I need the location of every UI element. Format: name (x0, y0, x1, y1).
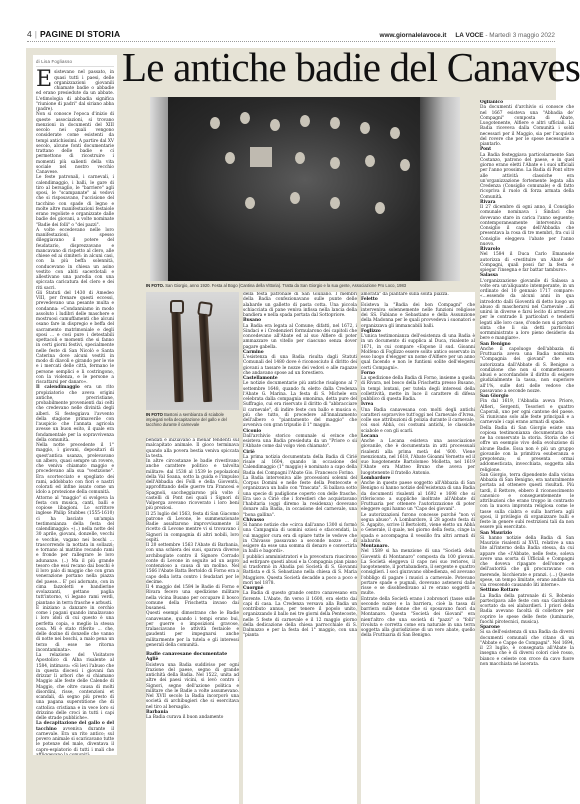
masthead-divider: | (35, 29, 37, 39)
paragraph: Il calendimaggio era un rito propiziator… (36, 385, 114, 443)
paragraph: La Badia della patronale di S. Bobenio p… (480, 594, 574, 626)
paragraph: La Badia di questo grande centro canaves… (243, 591, 357, 638)
website-link[interactable]: www.giornalelavoce.it (380, 32, 447, 39)
newspaper-name: LA VOCE (455, 32, 483, 39)
paragraph: La Badia curava il buon andamento (146, 715, 239, 720)
paragraph: Il 4 maggio del 1584 le Badie di Forno e… (146, 585, 239, 611)
masthead-paper-date: LA VOCE - Martedì 3 maggio 2022 (455, 32, 555, 39)
paragraph: I pubblici amministratori e la prevostur… (243, 555, 357, 587)
paragraph: Le feste patronali, i carnevali, i calen… (36, 175, 114, 228)
paragraph: Nel 1589 si ha menzione di una "Società … (361, 549, 475, 596)
intro-paragraph: Esistevano nel passato, in quasi tutti i… (36, 70, 114, 112)
subsection-title: Badie canavesane documentate (146, 652, 239, 657)
paragraph: La Badia festeggiava particolarmente San… (480, 153, 574, 200)
paragraph: Il 20 settembre 1563 l'Abate di Barbania… (146, 543, 239, 585)
paragraph: Si hanno notizie che «circa dall'anno 13… (243, 523, 357, 555)
paragraph: In altre circostanze le badie rivestivan… (146, 459, 239, 512)
paragraph: La Badia era legata al Comune; difatti, … (243, 324, 357, 350)
paragraph: L'organizzazione giovanile di Salassa a … (480, 279, 574, 342)
paragraph: Si hanno notizie della Badia di San Maur… (480, 536, 574, 589)
article-headline: Le antiche badie del Canavese (122, 48, 548, 86)
paragraph: L'unica testimonianza dell'esistenza di … (361, 334, 475, 371)
paragraph: Il 25 luglio del 1563, festa di San Giac… (146, 512, 239, 544)
article-column-5: Oglianico Da documenti d'archivio si con… (480, 100, 574, 804)
photo-face (365, 155, 375, 167)
photo-face (375, 202, 385, 214)
paragraph: Nella notte precedente il 1° maggio, i g… (36, 443, 114, 496)
photo-wall-detail (420, 97, 460, 281)
bold-term: Il calendimaggio (36, 385, 80, 390)
main-photo-group-portrait (150, 97, 460, 281)
paragraph: La spedizione della Badia di Forno, insi… (361, 376, 475, 402)
date-separator: - (485, 32, 487, 39)
paragraph: Dall'archivio storico comunale si evince… (243, 434, 357, 450)
photo-face (240, 112, 250, 124)
paragraph: San Giorgio, terra dipendente dalla vici… (480, 473, 574, 531)
wooden-stick (171, 312, 183, 402)
photo-face (210, 117, 220, 129)
article-column-4: amorata" da piantare sulla solita piazza… (361, 292, 475, 804)
masthead-right: www.giornalelavoce.it LA VOCE - Martedì … (380, 32, 556, 39)
paragraph: Gli Statuti del 1430 di Amedeo VIII, per… (36, 291, 114, 386)
paragraph: bendati e iniziavano a menar fendenti su… (146, 438, 239, 459)
paragraph: Le notizie documentarie più antiche risa… (243, 381, 357, 428)
paragraph: Esisteva la "Badia dei bon Compagni" che… (361, 303, 475, 329)
paragraph: La relazione del Visitatore Apostolico d… (36, 653, 114, 721)
small-photo-caption: IN FOTO Bastoni a sembianza di sciabole … (146, 412, 239, 434)
caption-label: IN FOTO. (146, 283, 164, 288)
paragraph: Entrate della Società erano i zobronori … (361, 597, 475, 639)
paragraph: Una Badia canavesana con molti degli ant… (361, 408, 475, 434)
paragraph: Nel 1584 il Duca Carlo Emanuele autorizz… (480, 252, 574, 273)
photo-face (225, 152, 235, 164)
paragraph: Non si conosce l'epoca d'inizio di quest… (36, 112, 114, 175)
paragraph: Da documenti d'archivio si conosce che n… (480, 105, 574, 147)
photo-face (300, 115, 310, 127)
paragraph: Anche il capoluogo dell'abbazia di Frutt… (480, 347, 574, 394)
paragraph: Questi esempi dimostrano che le Badie ca… (146, 611, 239, 648)
article-column-1: di Lisa Fogliasso Esistevano nel passato… (33, 55, 117, 755)
paragraph: La prima notizia documentata della Badia… (243, 455, 357, 476)
photo-face (400, 159, 410, 171)
photo-door-detail (150, 97, 168, 281)
paragraph: della festa patronale di San Giuliano. I… (243, 292, 357, 318)
paragraph: L'esistenza di una Badia risulta dagli S… (243, 355, 357, 376)
paragraph: Esisteva una Badia suddiviso per ogni fr… (146, 663, 239, 710)
drop-cap: E (36, 71, 52, 88)
photo-face (245, 197, 255, 209)
photo-face (390, 127, 400, 139)
paragraph: E iniziano a danzare in cerchio come i p… (36, 606, 114, 653)
issue-date: Martedì 3 maggio 2022 (489, 32, 555, 39)
paragraph: Si sa dell'esistenza di una Badia da div… (480, 630, 574, 667)
photo-face (330, 117, 340, 129)
photo-accordion (250, 147, 272, 167)
photo-face (360, 122, 370, 134)
article-column-3: della festa patronale di San Giuliano. I… (243, 292, 357, 804)
paragraph: Attorno al "maggio" si svolgeva la festa… (36, 496, 114, 606)
page-masthead: 4 | PAGINE DI STORIA www.giornalelavoce.… (27, 30, 555, 42)
paragraph: Le autorizzazioni furono concesse purché… (361, 513, 475, 545)
paragraph: A volte eccedevano nelle loro manifestaz… (36, 228, 114, 291)
photo-face (270, 119, 280, 131)
wooden-stick (199, 314, 213, 402)
section-title: PAGINE DI STORIA (40, 29, 120, 39)
paragraph: La Badia interveniva alle processioni so… (243, 476, 357, 518)
paragraph: La decapitazione del gallo o del tacchin… (36, 721, 114, 755)
article-column-2: bendati e iniziavano a menar fendenti su… (146, 438, 239, 804)
paragraph: Anche in questo paese soggetto all'Abbaz… (361, 481, 475, 513)
paragraph: Il 27 dicembre di ogni anno, il Consigli… (480, 205, 574, 247)
photo-face (295, 152, 305, 164)
page-number: 4 (27, 29, 32, 39)
photo-face (330, 197, 340, 209)
paragraph: Anche a Locana esisteva una associazione… (361, 439, 475, 476)
small-photo-sabre-sticks (146, 292, 239, 410)
main-photo-caption: IN FOTO. San Giorgio, anno 1920. Festa a… (146, 283, 476, 291)
byline: di Lisa Fogliasso (36, 59, 114, 67)
paragraph: Fin dal 1619, l'Abbadia aveva Priore, Al… (480, 399, 574, 425)
masthead-left: 4 | PAGINE DI STORIA (27, 29, 120, 39)
paragraph: Della Badia di San Giorgio esiste una co… (480, 426, 574, 473)
photo-face (290, 192, 300, 204)
photo-face (330, 157, 340, 169)
